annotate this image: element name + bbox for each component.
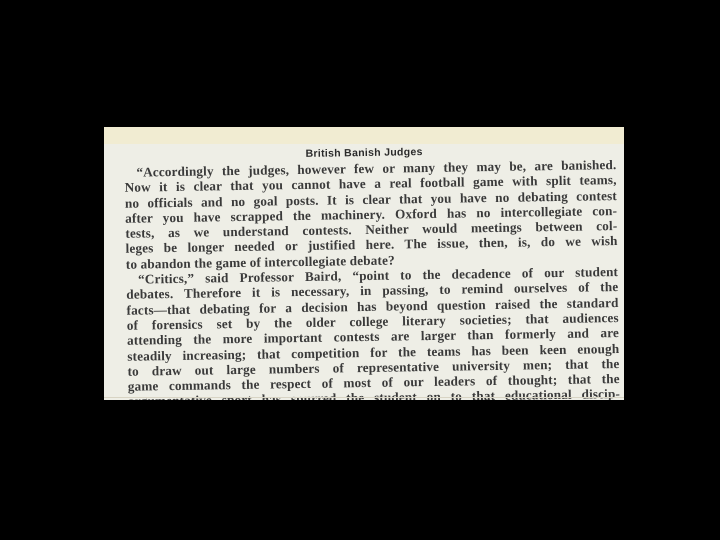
article: British Banish Judges “Accordingly the j…	[112, 140, 620, 400]
clipping-bottom-edge	[104, 397, 624, 398]
article-paragraph-1: “Accordingly the judges, however few or …	[112, 157, 618, 272]
article-paragraph-2: “Critics,” said Professor Baird, “point …	[114, 264, 620, 400]
newspaper-clipping: British Banish Judges “Accordingly the j…	[104, 127, 624, 400]
